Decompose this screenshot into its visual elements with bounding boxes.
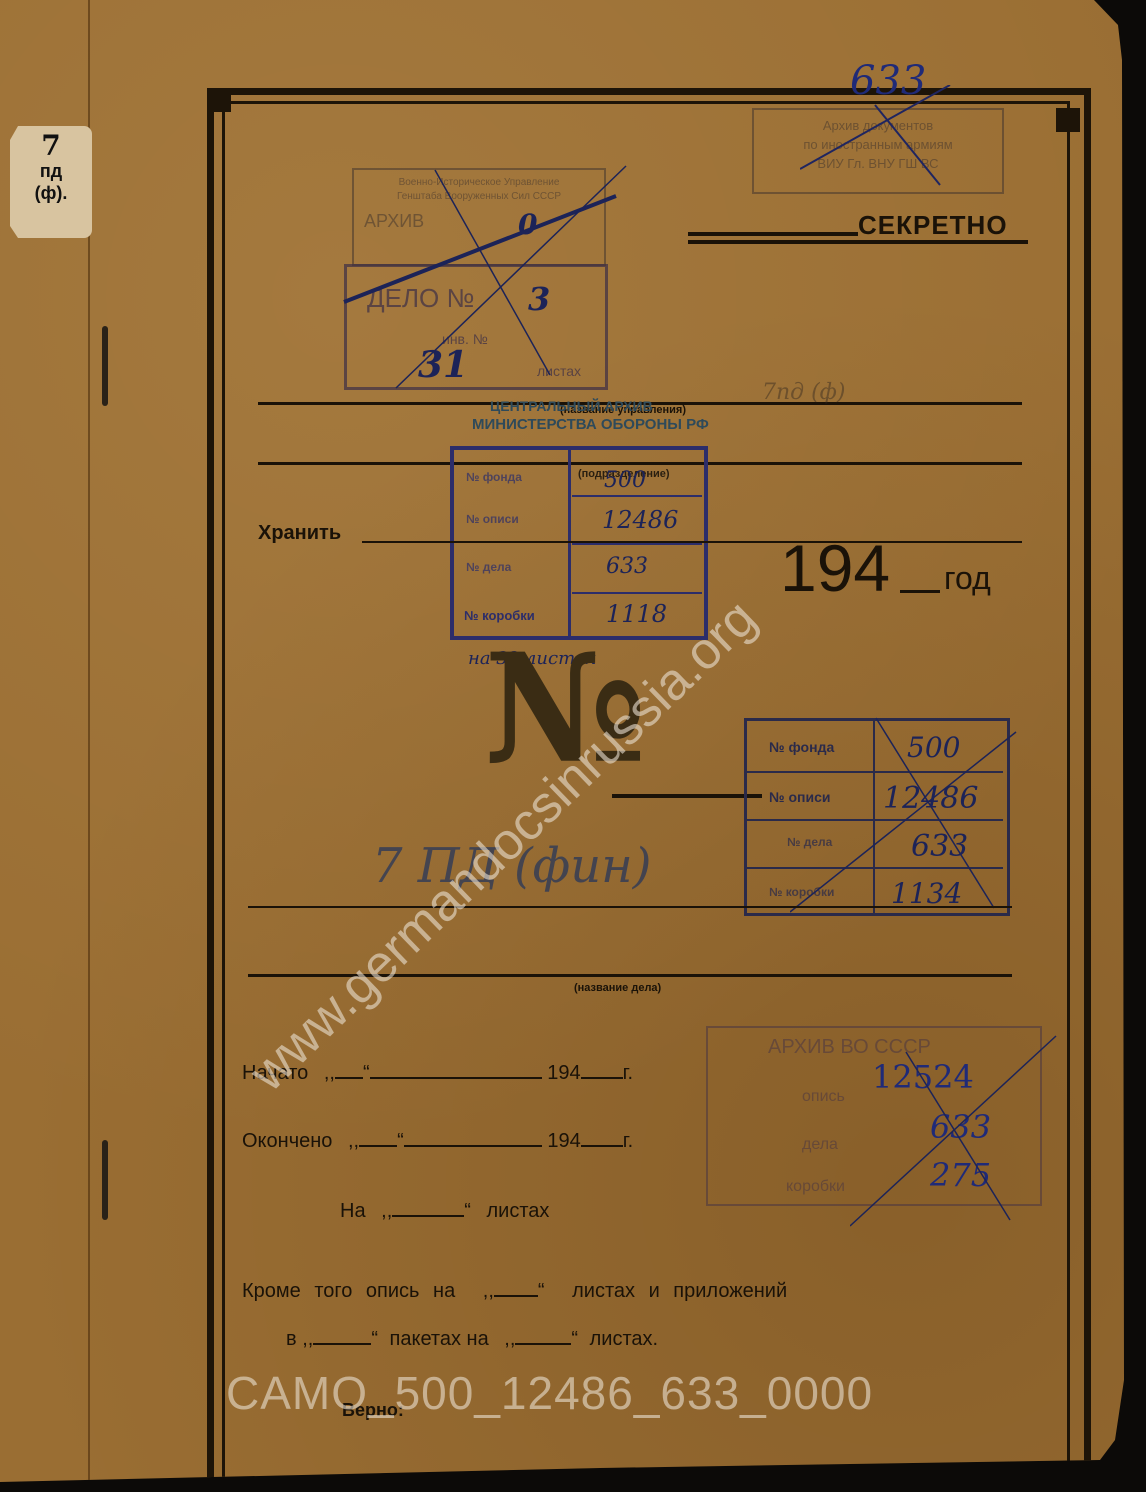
year-abbr: г. [623, 1062, 633, 1084]
table-divider [568, 450, 571, 636]
document-cover: 7 пд (ф). 633 Архив документов по иностр… [0, 0, 1128, 1482]
cell-line [572, 592, 702, 594]
pencil-note: 7пд (ф) [762, 380, 846, 405]
quote-close: “ [363, 1062, 370, 1084]
frame-corner-right [1056, 108, 1080, 132]
stamp-row-label-box: коробки [786, 1178, 845, 1196]
quote-open: ,, [324, 1062, 335, 1084]
extra-text: Кроме того опись на [242, 1280, 455, 1302]
year-suffix: год [944, 560, 991, 597]
row-label-opis: № описи [466, 512, 519, 526]
quote-open: ,, [504, 1328, 515, 1350]
quote-close: “ [571, 1328, 578, 1350]
month-blank[interactable] [370, 1077, 542, 1079]
on-sheets-row: На ,,“ листах [340, 1200, 549, 1223]
store-label: Хранить [258, 522, 341, 545]
case-title-line-1 [248, 906, 1012, 908]
finished-label: Окончено [242, 1130, 332, 1152]
watermark-archive-code: CAMO_500_12486_633_0000 [226, 1366, 873, 1420]
finished-row: Окончено ,,“ 194г. [242, 1130, 633, 1153]
year-abbr: г. [623, 1130, 633, 1152]
year-blank-line [900, 590, 940, 593]
vo-ussr-cross-out [850, 1030, 1060, 1230]
quote-close: “ [397, 1130, 404, 1152]
second-table-cross-out [790, 716, 1020, 916]
sheets-word: листах [487, 1200, 550, 1222]
spine-label: 7 пд (ф). [10, 126, 92, 238]
month-blank[interactable] [404, 1145, 542, 1147]
on-label: На [340, 1200, 366, 1222]
delo-cross-out [340, 160, 630, 410]
spine-label-line3: (ф). [10, 182, 92, 204]
cross-out-mark [800, 85, 1000, 195]
row-label-fond: № фонда [466, 470, 522, 484]
quote-close: “ [371, 1328, 378, 1350]
stamp-row-label-opis: опись [802, 1088, 845, 1106]
quote-open: ,, [381, 1200, 392, 1222]
year-short: 194 [547, 1130, 580, 1152]
staple-bottom [102, 1140, 108, 1220]
year-prefix: 194 [780, 530, 890, 606]
quote-close: “ [464, 1200, 471, 1222]
year-short: 194 [547, 1062, 580, 1084]
quote-open: ,, [483, 1280, 494, 1302]
store-line [362, 541, 1022, 543]
extra-text: листах и приложений [572, 1280, 787, 1302]
frame-corner-left [207, 88, 231, 112]
row-label-delo: № дела [466, 560, 511, 574]
quote-open: ,, [348, 1130, 359, 1152]
quote-close: “ [538, 1280, 545, 1302]
case-title-caption: (название дела) [574, 982, 661, 994]
package-sheets-blank[interactable] [515, 1343, 571, 1345]
extra-text: листах. [590, 1328, 658, 1350]
row-value-delo: 633 [606, 554, 648, 579]
number-line [612, 794, 762, 798]
cell-line [572, 543, 702, 545]
central-archive-line2: МИНИСТЕРСТВА ОБОРОНЫ РФ [472, 416, 709, 433]
classification-label: СЕКРЕТНО [858, 210, 1008, 241]
row-value-fond: 500 [604, 468, 646, 493]
spine-label-line2: пд [10, 160, 92, 182]
packages-blank[interactable] [313, 1343, 371, 1345]
inventory-sheets-blank[interactable] [494, 1295, 538, 1297]
year-blank[interactable] [581, 1145, 623, 1147]
staple-top [102, 326, 108, 406]
central-archive-line1: ЦЕНТРАЛЬНЫЙ АРХИВ [490, 398, 653, 414]
row-value-opis: 12486 [602, 506, 678, 534]
cell-line [572, 495, 702, 497]
extra-line-2: в ,,“ пакетах на ,,“ листах. [286, 1328, 658, 1351]
year-blank[interactable] [581, 1077, 623, 1079]
day-blank[interactable] [335, 1077, 363, 1079]
extra-text: пакетах на [390, 1328, 489, 1350]
extra-line-1: Кроме того опись на ,,“ листах и приложе… [242, 1280, 787, 1303]
sheets-blank[interactable] [392, 1215, 464, 1217]
central-archive-table: (подразделение) № фонда 500 № описи 1248… [450, 446, 708, 640]
stamp-row-label-dela: дела [802, 1136, 838, 1154]
secret-underline-left [688, 232, 858, 236]
day-blank[interactable] [359, 1145, 397, 1147]
quote-open: ,, [302, 1328, 313, 1350]
extra-text: в [286, 1328, 297, 1350]
spine-label-number: 7 [10, 132, 92, 160]
